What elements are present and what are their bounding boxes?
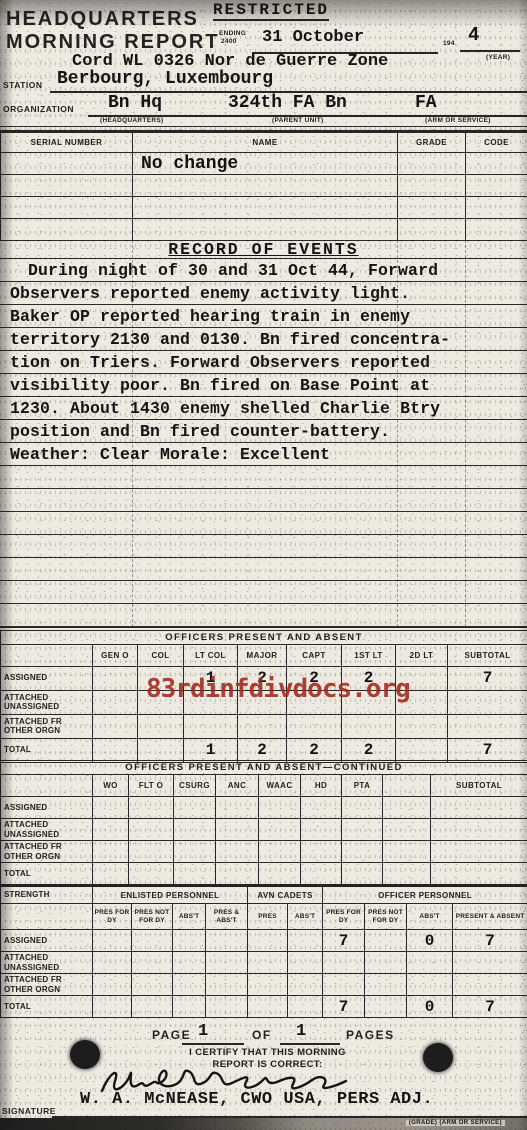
cell: 7	[323, 930, 365, 952]
cell	[174, 863, 216, 885]
event-line-empty	[0, 581, 527, 604]
headquarters-title: HEADQUARTERS	[6, 8, 199, 31]
column-header: ANC	[216, 775, 259, 797]
cell	[129, 797, 174, 819]
cell	[173, 930, 206, 952]
event-line: visibility poor. Bn fired on Base Point …	[0, 374, 527, 397]
sub-column-header: ABS'T	[173, 904, 206, 930]
cell: 7	[453, 930, 527, 952]
cell	[301, 863, 342, 885]
cell	[206, 952, 248, 974]
certification-line2: REPORT IS CORRECT:	[150, 1059, 385, 1071]
station-label: STATION	[3, 80, 43, 90]
cell	[288, 974, 323, 996]
cell	[248, 974, 288, 996]
organization-headquarters-value: Bn Hq	[108, 93, 162, 113]
row-label: ASSIGNED	[1, 930, 93, 952]
page-label: PAGE	[152, 1028, 191, 1042]
cell	[93, 996, 132, 1018]
cell	[301, 841, 342, 863]
cell	[93, 952, 132, 974]
ending-label-line1: ENDING	[219, 30, 246, 37]
event-line: tion on Triers. Forward Observers report…	[0, 351, 527, 374]
strength-table: STRENGTH ENLISTED PERSONNEL AVN CADETS O…	[0, 884, 527, 1018]
cell	[132, 930, 173, 952]
cell	[288, 930, 323, 952]
roster-cell	[398, 153, 466, 175]
hole-punch-left	[70, 1040, 100, 1069]
cell	[93, 690, 138, 714]
column-header: WO	[93, 775, 129, 797]
cell	[383, 841, 431, 863]
cell	[431, 797, 527, 819]
event-line-empty	[0, 604, 527, 627]
cell	[132, 952, 173, 974]
cell	[342, 841, 383, 863]
group-header-officer: OFFICER PERSONNEL	[323, 886, 527, 904]
event-line-empty	[0, 558, 527, 581]
cell	[93, 863, 129, 885]
cell	[238, 714, 287, 738]
cell	[93, 797, 129, 819]
cell	[173, 996, 206, 1018]
cell	[301, 797, 342, 819]
event-line-empty	[0, 512, 527, 535]
cell	[288, 996, 323, 1018]
row-label: ATTACHED FR OTHER ORGN	[1, 714, 93, 738]
organization-arm-value: FA	[415, 93, 437, 113]
cell	[383, 863, 431, 885]
report-title: MORNING REPORT	[6, 31, 220, 54]
cell	[342, 819, 383, 841]
event-line: 1230. About 1430 enemy shelled Charlie B…	[0, 397, 527, 420]
cell	[173, 974, 206, 996]
cell	[216, 863, 259, 885]
cell	[93, 930, 132, 952]
roster-cell	[133, 175, 398, 197]
column-header-code: CODE	[466, 133, 527, 153]
roster-table: SERIAL NUMBER NAME GRADE CODE No change	[0, 132, 527, 241]
cell	[453, 952, 527, 974]
cell	[365, 974, 407, 996]
roster-cell	[466, 219, 527, 241]
row-label: ATTACHED FR OTHER ORGN	[1, 841, 93, 863]
organization-parent-unit-value: 324th FA Bn	[228, 93, 347, 113]
cell	[174, 819, 216, 841]
bottom-cutoff-strip: (GRADE) (ARM OR SERVICE)	[0, 1118, 527, 1130]
cell	[365, 996, 407, 1018]
sub-column-header: ABS'T	[407, 904, 453, 930]
cell	[206, 930, 248, 952]
page-underline	[182, 1043, 244, 1045]
page-number: 1	[198, 1022, 208, 1041]
certification-text: I CERTIFY THAT THIS MORNING REPORT IS CO…	[150, 1047, 385, 1071]
column-header: COL	[138, 644, 184, 666]
officers-continued-table: OFFICERS PRESENT AND ABSENT—CONTINUED WO…	[0, 760, 527, 885]
sub-column-header: PRES NOT FOR DY	[132, 904, 173, 930]
cell	[396, 738, 448, 762]
header-divider-1	[0, 126, 527, 127]
cell	[259, 797, 301, 819]
row-label: ATTACHED FR OTHER ORGN	[1, 974, 93, 996]
group-header-enlisted: ENLISTED PERSONNEL	[93, 886, 248, 904]
officers-table-title: OFFICERS PRESENT AND ABSENT	[1, 629, 527, 644]
sub-column-header: PRESENT & ABSENT	[453, 904, 527, 930]
column-header-grade: GRADE	[398, 133, 466, 153]
cell	[138, 738, 184, 762]
cell	[453, 974, 527, 996]
station-value: Berbourg, Luxembourg	[57, 69, 273, 89]
report-date-value: 31 October	[262, 28, 364, 47]
sub-column-header: ABS'T	[288, 904, 323, 930]
cell	[301, 819, 342, 841]
event-line: Weather: Clear Morale: Excellent	[0, 443, 527, 466]
cell: 2	[342, 738, 396, 762]
cell	[248, 952, 288, 974]
cell	[342, 714, 396, 738]
roster-cell	[398, 219, 466, 241]
roster-cell	[398, 175, 466, 197]
cell	[132, 974, 173, 996]
column-header: WAAC	[259, 775, 301, 797]
group-header-avn-cadets: AVN CADETS	[248, 886, 323, 904]
cell	[259, 841, 301, 863]
classification-banner: RESTRICTED	[213, 1, 329, 21]
organization-sublabel-headquarters: (HEADQUARTERS)	[100, 117, 163, 124]
cell	[129, 841, 174, 863]
cell	[323, 952, 365, 974]
pages-label: PAGES	[346, 1028, 395, 1042]
strength-title: STRENGTH	[1, 886, 93, 904]
row-label	[1, 775, 93, 797]
cell	[259, 863, 301, 885]
record-of-events-title-text: RECORD OF EVENTS	[168, 240, 358, 259]
sub-column-header: PRES FOR DY	[323, 904, 365, 930]
cell	[365, 930, 407, 952]
row-label: ATTACHED UNASSIGNED	[1, 690, 93, 714]
cell	[383, 819, 431, 841]
officers-continued-title: OFFICERS PRESENT AND ABSENT—CONTINUED	[1, 761, 527, 775]
sub-column-header: PRES	[248, 904, 288, 930]
cell	[129, 819, 174, 841]
cell: 0	[407, 996, 453, 1018]
cell: 7	[448, 738, 527, 762]
cell	[216, 797, 259, 819]
roster-cell	[398, 197, 466, 219]
cell	[287, 714, 342, 738]
cell	[365, 952, 407, 974]
row-label	[1, 904, 93, 930]
row-label: ATTACHED UNASSIGNED	[1, 819, 93, 841]
column-header: CAPT	[287, 644, 342, 666]
event-line-empty	[0, 535, 527, 558]
row-label: TOTAL	[1, 996, 93, 1018]
cell	[383, 797, 431, 819]
event-line-empty	[0, 466, 527, 489]
column-header: GEN O	[93, 644, 138, 666]
hole-punch-right	[423, 1043, 453, 1072]
cell	[93, 974, 132, 996]
cell	[93, 666, 138, 690]
year-underline	[460, 50, 520, 52]
cell	[138, 714, 184, 738]
cell	[431, 841, 527, 863]
grade-arm-sublabel: (GRADE) (ARM OR SERVICE)	[406, 1120, 505, 1126]
morning-report-document: HEADQUARTERS RESTRICTED MORNING REPORT E…	[0, 0, 527, 1130]
cell	[129, 863, 174, 885]
roster-cell	[1, 197, 133, 219]
cell	[206, 996, 248, 1018]
column-header: FLT O	[129, 775, 174, 797]
cell	[248, 930, 288, 952]
ending-label-line2: 2400	[221, 38, 237, 45]
roster-cell	[466, 197, 527, 219]
cell	[259, 819, 301, 841]
roster-cell	[1, 219, 133, 241]
roster-cell	[133, 219, 398, 241]
cell	[93, 714, 138, 738]
sub-column-header: PRES NOT FOR DY	[365, 904, 407, 930]
record-of-events-section: RECORD OF EVENTS During night of 30 and …	[0, 240, 527, 627]
event-line: position and Bn fired counter-battery.	[0, 420, 527, 443]
column-header: LT COL	[184, 644, 238, 666]
certification-line1: I CERTIFY THAT THIS MORNING	[150, 1047, 385, 1059]
cell	[323, 974, 365, 996]
record-of-events-title: RECORD OF EVENTS	[0, 240, 527, 259]
cell: 2	[238, 738, 287, 762]
event-line: Baker OP reported hearing train in enemy	[0, 305, 527, 328]
cell	[184, 714, 238, 738]
cell	[248, 996, 288, 1018]
signature-name: W. A. McNEASE, CWO USA, PERS ADJ.	[80, 1090, 433, 1109]
watermark: 83rdinfdivdocs.org	[146, 674, 410, 704]
row-label: TOTAL	[1, 738, 93, 762]
pages-underline	[280, 1043, 340, 1045]
cell	[93, 819, 129, 841]
sub-column-header: PRES & ABS'T	[206, 904, 248, 930]
row-label: TOTAL	[1, 863, 93, 885]
cell	[288, 952, 323, 974]
cell: 2	[287, 738, 342, 762]
roster-cell	[133, 197, 398, 219]
cell: 1	[184, 738, 238, 762]
event-line: Observers reported enemy activity light.	[0, 282, 527, 305]
event-line: territory 2130 and 0130. Bn fired concen…	[0, 328, 527, 351]
roster-name-entry: No change	[133, 153, 398, 175]
cell	[174, 841, 216, 863]
cell	[206, 974, 248, 996]
row-label	[1, 644, 93, 666]
cell	[407, 974, 453, 996]
cell	[174, 797, 216, 819]
cell: 7	[323, 996, 365, 1018]
cell	[93, 841, 129, 863]
cell: 7	[448, 666, 527, 690]
column-header: MAJOR	[238, 644, 287, 666]
roster-cell	[466, 153, 527, 175]
cell	[448, 714, 527, 738]
year-sublabel: (YEAR)	[486, 54, 510, 61]
cell	[342, 863, 383, 885]
column-header	[383, 775, 431, 797]
cell	[93, 738, 138, 762]
column-header: SUBTOTAL	[431, 775, 527, 797]
row-label: ATTACHED UNASSIGNED	[1, 952, 93, 974]
cell	[132, 996, 173, 1018]
column-header-name: NAME	[133, 133, 398, 153]
cell	[216, 819, 259, 841]
column-header: HD	[301, 775, 342, 797]
event-line-empty	[0, 489, 527, 512]
cell	[431, 863, 527, 885]
cell	[407, 952, 453, 974]
cell	[448, 690, 527, 714]
organization-sublabel-arm: (ARM OR SERVICE)	[425, 117, 491, 124]
cell	[396, 714, 448, 738]
of-label: OF	[252, 1028, 272, 1042]
year-prefix: 194	[443, 40, 455, 47]
row-label: ASSIGNED	[1, 666, 93, 690]
column-header: CSURG	[174, 775, 216, 797]
cell	[342, 797, 383, 819]
roster-cell	[1, 175, 133, 197]
column-header: PTA	[342, 775, 383, 797]
roster-cell	[1, 153, 133, 175]
organization-sublabel-parent-unit: (PARENT UNIT)	[272, 117, 323, 124]
cell: 0	[407, 930, 453, 952]
organization-label: ORGANIZATION	[3, 104, 74, 114]
signature-label: SIGNATURE	[2, 1106, 56, 1116]
event-line: During night of 30 and 31 Oct 44, Forwar…	[0, 259, 527, 282]
cell	[173, 952, 206, 974]
column-header: 1ST LT	[342, 644, 396, 666]
row-label: ASSIGNED	[1, 797, 93, 819]
column-header: SUBTOTAL	[448, 644, 527, 666]
cell	[216, 841, 259, 863]
cell: 7	[453, 996, 527, 1018]
column-header-serial: SERIAL NUMBER	[1, 133, 133, 153]
year-value: 4	[468, 24, 479, 46]
column-header: 2D LT	[396, 644, 448, 666]
cell	[431, 819, 527, 841]
roster-cell	[466, 175, 527, 197]
pages-total: 1	[296, 1022, 306, 1041]
sub-column-header: PRES FOR DY	[93, 904, 132, 930]
